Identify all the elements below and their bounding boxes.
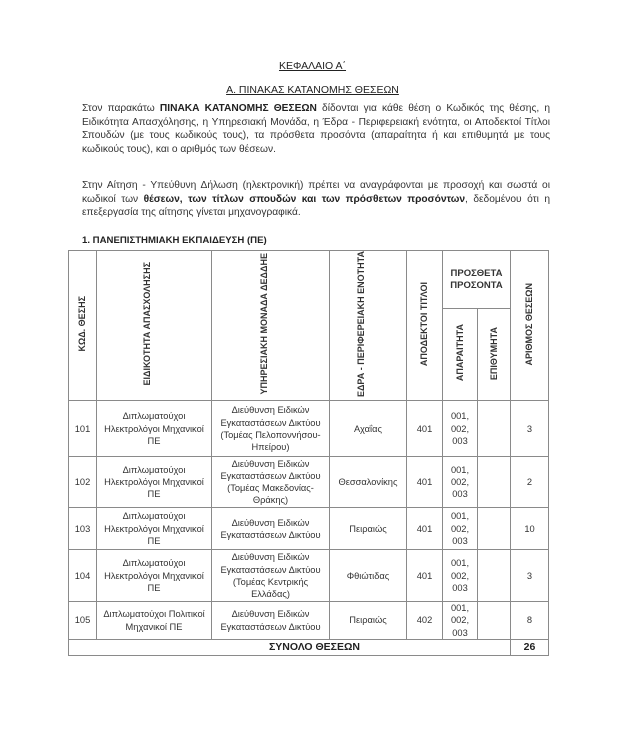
intro-p1-prefix: Στον παρακάτω [82,103,160,114]
cell-titles: 401 [407,457,443,508]
cell-seat: Αχαΐας [330,401,407,457]
cell-desired [478,602,511,640]
header-desired: ΕΠΙΘΥΜΗΤΑ [478,309,511,401]
chapter-title: ΚΕΦΑΛΑΙΟ Α΄ [0,60,625,72]
table-row: 101Διπλωματούχοι Ηλεκτρολόγοι Μηχανικοί … [69,401,549,457]
cell-seat: Φθιώτιδας [330,550,407,602]
cell-desired [478,550,511,602]
cell-code: 102 [69,457,97,508]
table-row: 104Διπλωματούχοι Ηλεκτρολόγοι Μηχανικοί … [69,550,549,602]
intro-paragraph-2: Στην Αίτηση - Υπεύθυνη Δήλωση (ηλεκτρονι… [82,179,550,220]
header-count: ΑΡΙΘΜΟΣ ΘΕΣΕΩΝ [511,251,549,401]
header-extra-qualifications: ΠΡΟΣΘΕΤΑ ΠΡΟΣΟΝΤΑ [443,251,511,309]
intro-paragraph-1: Στον παρακάτω ΠΙΝΑΚΑ ΚΑΤΑΝΟΜΗΣ ΘΕΣΕΩΝ δί… [82,102,550,156]
header-titles: ΑΠΟΔΕΚΤΟΙ ΤΙΤΛΟΙ [407,251,443,401]
cell-required: 001, 002, 003 [443,602,478,640]
table-row: 103Διπλωματούχοι Ηλεκτρολόγοι Μηχανικοί … [69,508,549,550]
cell-unit: Διεύθυνση Ειδικών Εγκαταστάσεων Δικτύου … [212,457,330,508]
cell-unit: Διεύθυνση Ειδικών Εγκαταστάσεων Δικτύου … [212,401,330,457]
cell-titles: 401 [407,550,443,602]
cell-titles: 401 [407,508,443,550]
cell-specialty: Διπλωματούχοι Ηλεκτρολόγοι Μηχανικοί ΠΕ [97,457,212,508]
cell-required: 001, 002, 003 [443,401,478,457]
table-row: 105Διπλωματούχοι Πολιτικοί Μηχανικοί ΠΕΔ… [69,602,549,640]
header-unit: ΥΠΗΡΕΣΙΑΚΗ ΜΟΝΑΔΑ ΔΕΔΔΗΕ [212,251,330,401]
section-title: Α. ΠΙΝΑΚΑΣ ΚΑΤΑΝΟΜΗΣ ΘΕΣΕΩΝ [0,84,625,96]
header-required: ΑΠΑΡΑΙΤΗΤΑ [443,309,478,401]
cell-specialty: Διπλωματούχοι Ηλεκτρολόγοι Μηχανικοί ΠΕ [97,508,212,550]
cell-unit: Διεύθυνση Ειδικών Εγκαταστάσεων Δικτύου [212,602,330,640]
cell-desired [478,508,511,550]
intro-p1-bold: ΠΙΝΑΚΑ ΚΑΤΑΝΟΜΗΣ ΘΕΣΕΩΝ [160,103,317,114]
cell-unit: Διεύθυνση Ειδικών Εγκαταστάσεων Δικτύου [212,508,330,550]
cell-seat: Πειραιώς [330,508,407,550]
header-specialty: ΕΙΔΙΚΟΤΗΤΑ ΑΠΑΣΧΟΛΗΣΗΣ [97,251,212,401]
cell-titles: 402 [407,602,443,640]
cell-specialty: Διπλωματούχοι Ηλεκτρολόγοι Μηχανικοί ΠΕ [97,550,212,602]
cell-titles: 401 [407,401,443,457]
cell-count: 8 [511,602,549,640]
header-seat: ΕΔΡΑ - ΠΕΡΙΦΕΡΕΙΑΚΗ ΕΝΟΤΗΤΑ [330,251,407,401]
cell-code: 104 [69,550,97,602]
total-value: 26 [511,639,549,655]
cell-required: 001, 002, 003 [443,508,478,550]
cell-count: 10 [511,508,549,550]
positions-table: ΚΩΔ. ΘΕΣΗΣ ΕΙΔΙΚΟΤΗΤΑ ΑΠΑΣΧΟΛΗΣΗΣ ΥΠΗΡΕΣ… [68,250,549,656]
intro-p2-bold: θέσεων, των τίτλων σπουδών και των πρόσθ… [144,194,465,205]
cell-specialty: Διπλωματούχοι Πολιτικοί Μηχανικοί ΠΕ [97,602,212,640]
cell-count: 3 [511,401,549,457]
cell-code: 101 [69,401,97,457]
cell-code: 103 [69,508,97,550]
cell-code: 105 [69,602,97,640]
total-label: ΣΥΝΟΛΟ ΘΕΣΕΩΝ [69,639,511,655]
cell-unit: Διεύθυνση Ειδικών Εγκαταστάσεων Δικτύου … [212,550,330,602]
cell-count: 3 [511,550,549,602]
header-code: ΚΩΔ. ΘΕΣΗΣ [69,251,97,401]
cell-count: 2 [511,457,549,508]
subsection-title: 1. ΠΑΝΕΠΙΣΤΗΜΙΑΚΗ ΕΚΠΑΙΔΕΥΣΗ (ΠΕ) [82,235,267,246]
cell-desired [478,401,511,457]
cell-specialty: Διπλωματούχοι Ηλεκτρολόγοι Μηχανικοί ΠΕ [97,401,212,457]
cell-required: 001, 002, 003 [443,457,478,508]
cell-required: 001, 002, 003 [443,550,478,602]
table-row: 102Διπλωματούχοι Ηλεκτρολόγοι Μηχανικοί … [69,457,549,508]
cell-seat: Πειραιώς [330,602,407,640]
cell-seat: Θεσσαλονίκης [330,457,407,508]
cell-desired [478,457,511,508]
